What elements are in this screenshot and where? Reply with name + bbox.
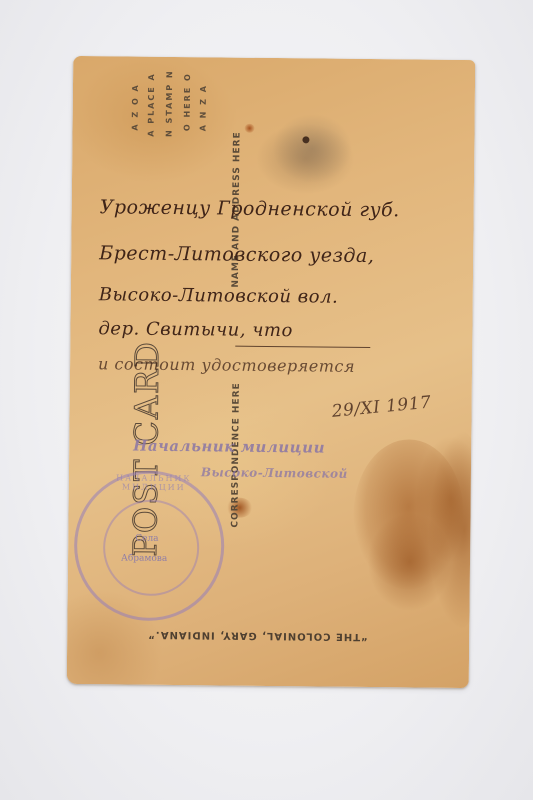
violet-stamp-line-1: Начальник милиции [133,437,325,457]
seal-center-line-1: Села [135,534,158,544]
spot-stain-small [245,124,255,133]
stamp-box-col-5: A N Z A [199,84,208,131]
handwriting-date: 29/XI 1917 [331,393,432,422]
handwriting-line-2: Брест-Литовского уезда, [99,242,374,267]
publisher-line: “THE COLONIAL, GARY, INDIANA.” [147,629,368,642]
stamp-box-col-2: A PLACE A [146,72,156,137]
round-seal: Села Абрамова НАЧАЛЬНИК МИЛИЦИИ [73,470,225,622]
handwriting-line-3: Высоко-Литовской вол. [99,284,339,308]
stamp-box-col-3: N STAMP N [164,69,174,137]
underline [235,346,370,348]
handwriting-line-1: Уроженцу Гродненской губ. [100,196,400,221]
stamp-box-col-1: A Z O A [131,83,140,130]
seal-center-line-2: Абрамова [121,553,167,563]
stamp-box-col-4: O HERE O [183,72,193,131]
postcard: A Z O A A PLACE A N STAMP N O HERE O A N… [67,56,476,688]
handwriting-line-4: дер. Свитычи, что [98,318,293,341]
grey-smudge [272,113,353,184]
seal-ring-text: НАЧАЛЬНИК МИЛИЦИИ [84,473,224,492]
handwriting-line-5: и состоит удостоверяется [98,354,355,376]
round-seal-inner-ring [103,499,200,596]
